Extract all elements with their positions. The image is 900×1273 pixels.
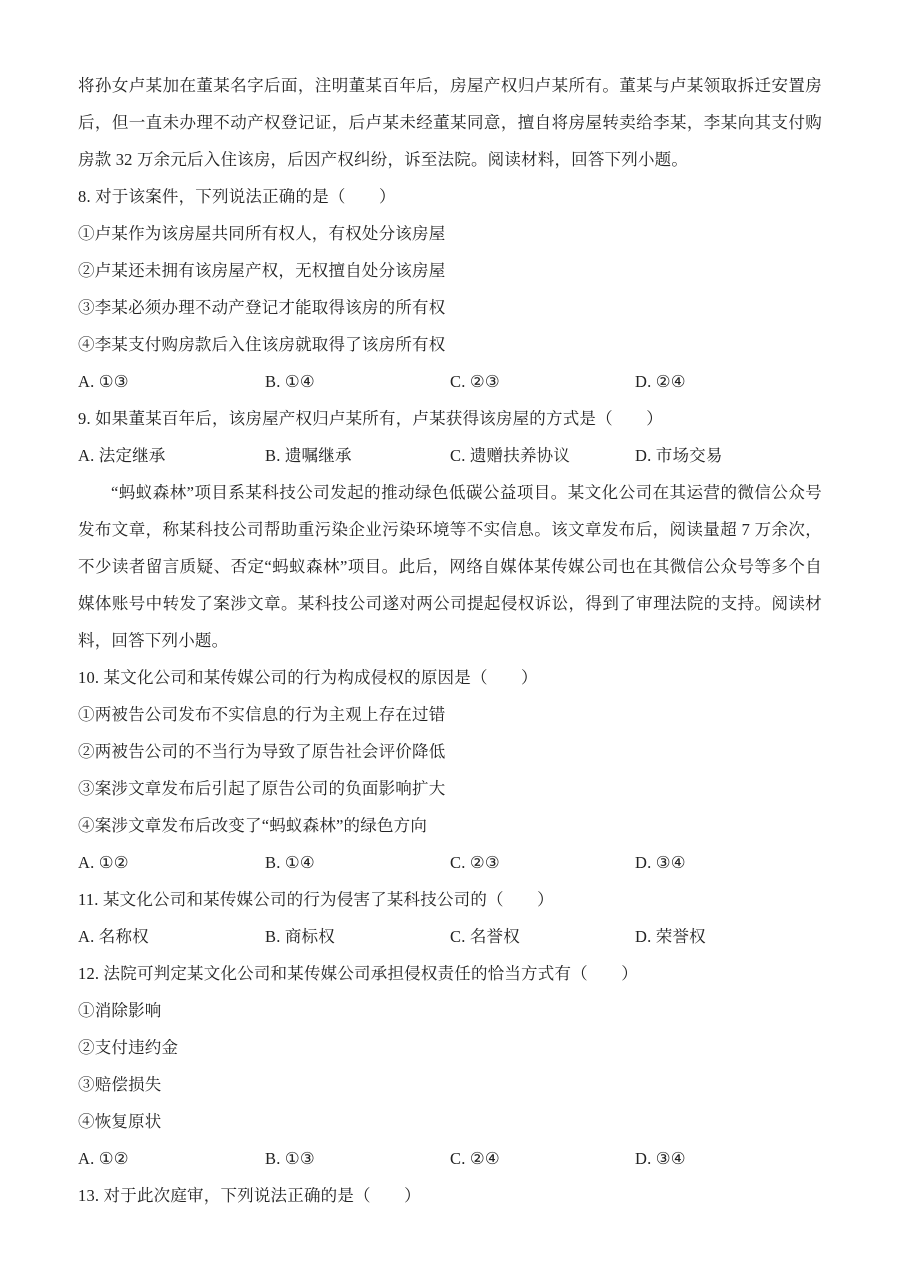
question-11-option-b: B. 商标权 bbox=[265, 918, 450, 955]
question-8-statement-2: ②卢某还未拥有该房屋产权，无权擅自处分该房屋 bbox=[78, 252, 822, 289]
question-12-option-a: A. ①② bbox=[78, 1140, 265, 1177]
question-9-option-c: C. 遗赠扶养协议 bbox=[450, 437, 635, 474]
question-11-option-a: A. 名称权 bbox=[78, 918, 265, 955]
question-12-statement-4: ④恢复原状 bbox=[78, 1103, 822, 1140]
question-10-stem: 10. 某文化公司和某传媒公司的行为构成侵权的原因是（ ） bbox=[78, 659, 822, 696]
material-paragraph-2: “蚂蚁森林”项目系某科技公司发起的推动绿色低碳公益项目。某文化公司在其运营的微信… bbox=[78, 474, 822, 659]
question-8-option-a: A. ①③ bbox=[78, 363, 265, 400]
question-8-option-d: D. ②④ bbox=[635, 363, 822, 400]
question-11-option-c: C. 名誉权 bbox=[450, 918, 635, 955]
question-8-statement-4: ④李某支付购房款后入住该房就取得了该房所有权 bbox=[78, 326, 822, 363]
question-13-stem: 13. 对于此次庭审，下列说法正确的是（ ） bbox=[78, 1177, 822, 1214]
question-10-statement-3: ③案涉文章发布后引起了原告公司的负面影响扩大 bbox=[78, 770, 822, 807]
question-10-option-c: C. ②③ bbox=[450, 844, 635, 881]
question-9-option-d: D. 市场交易 bbox=[635, 437, 822, 474]
question-12-option-d: D. ③④ bbox=[635, 1140, 822, 1177]
question-8-option-c: C. ②③ bbox=[450, 363, 635, 400]
question-8-stem: 8. 对于该案件，下列说法正确的是（ ） bbox=[78, 178, 822, 215]
question-8-statement-1: ①卢某作为该房屋共同所有权人，有权处分该房屋 bbox=[78, 215, 822, 252]
question-12-option-c: C. ②④ bbox=[450, 1140, 635, 1177]
question-11-options-row: A. 名称权 B. 商标权 C. 名誉权 D. 荣誉权 bbox=[78, 918, 822, 955]
question-9-stem: 9. 如果董某百年后，该房屋产权归卢某所有，卢某获得该房屋的方式是（ ） bbox=[78, 400, 822, 437]
question-10-option-b: B. ①④ bbox=[265, 844, 450, 881]
question-12-options-row: A. ①② B. ①③ C. ②④ D. ③④ bbox=[78, 1140, 822, 1177]
question-10-options-row: A. ①② B. ①④ C. ②③ D. ③④ bbox=[78, 844, 822, 881]
question-9-options-row: A. 法定继承 B. 遗嘱继承 C. 遗赠扶养协议 D. 市场交易 bbox=[78, 437, 822, 474]
question-10-option-a: A. ①② bbox=[78, 844, 265, 881]
question-11-option-d: D. 荣誉权 bbox=[635, 918, 822, 955]
question-8-options-row: A. ①③ B. ①④ C. ②③ D. ②④ bbox=[78, 363, 822, 400]
question-9-option-a: A. 法定继承 bbox=[78, 437, 265, 474]
material-paragraph-1: 将孙女卢某加在董某名字后面，注明董某百年后，房屋产权归卢某所有。董某与卢某领取拆… bbox=[78, 67, 822, 178]
question-10-option-d: D. ③④ bbox=[635, 844, 822, 881]
question-9-option-b: B. 遗嘱继承 bbox=[265, 437, 450, 474]
question-12-option-b: B. ①③ bbox=[265, 1140, 450, 1177]
question-8-option-b: B. ①④ bbox=[265, 363, 450, 400]
question-10-statement-4: ④案涉文章发布后改变了“蚂蚁森林”的绿色方向 bbox=[78, 807, 822, 844]
exam-document-page: 将孙女卢某加在董某名字后面，注明董某百年后，房屋产权归卢某所有。董某与卢某领取拆… bbox=[0, 0, 900, 1273]
question-12-statement-2: ②支付违约金 bbox=[78, 1029, 822, 1066]
question-10-statement-1: ①两被告公司发布不实信息的行为主观上存在过错 bbox=[78, 696, 822, 733]
question-11-stem: 11. 某文化公司和某传媒公司的行为侵害了某科技公司的（ ） bbox=[78, 881, 822, 918]
question-12-statement-3: ③赔偿损失 bbox=[78, 1066, 822, 1103]
question-10-statement-2: ②两被告公司的不当行为导致了原告社会评价降低 bbox=[78, 733, 822, 770]
question-12-stem: 12. 法院可判定某文化公司和某传媒公司承担侵权责任的恰当方式有（ ） bbox=[78, 955, 822, 992]
question-12-statement-1: ①消除影响 bbox=[78, 992, 822, 1029]
question-8-statement-3: ③李某必须办理不动产登记才能取得该房的所有权 bbox=[78, 289, 822, 326]
